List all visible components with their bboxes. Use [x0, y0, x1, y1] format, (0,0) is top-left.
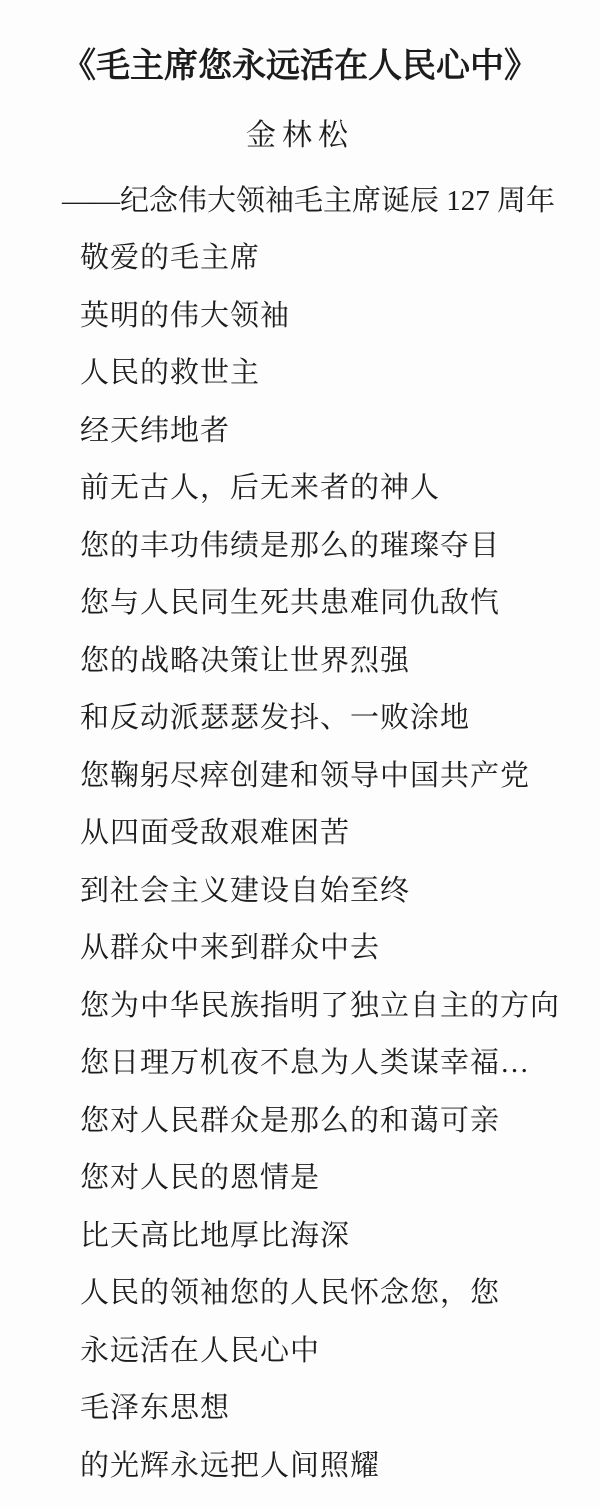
poem-dedication: ——纪念伟大领袖毛主席诞辰 127 周年 — [0, 182, 600, 220]
poem-line: 您的丰功伟绩是那么的璀璨夺目 — [80, 518, 600, 576]
poem-line: 到社会主义建设自始至终 — [80, 863, 600, 921]
poem-line: 您日理万机夜不息为人类谋幸福… — [80, 1035, 600, 1093]
poem-document: 《毛主席您永远活在人民心中》 金林松 ——纪念伟大领袖毛主席诞辰 127 周年 … — [0, 0, 600, 1507]
poem-line: 您鞠躬尽瘁创建和领导中国共产党 — [80, 748, 600, 806]
poem-line: 您对人民群众是那么的和蔼可亲 — [80, 1093, 600, 1151]
poem-line: 您与人民同生死共患难同仇敌忾 — [80, 575, 600, 633]
poem-line: 您对人民的恩情是 — [80, 1150, 600, 1208]
page-background: { "colors": { "background": "#fdfdfd", "… — [0, 0, 600, 1507]
poem-line: 人民的领袖您的人民怀念您，您 — [80, 1265, 600, 1323]
poem-line: 毛泽东思想 — [80, 1380, 600, 1438]
poem-author: 金林松 — [0, 118, 600, 154]
poem-line: 的光辉永远把人间照耀 — [80, 1438, 600, 1496]
poem-title: 《毛主席您永远活在人民心中》 — [0, 46, 600, 88]
poem-line: 永远活在人民心中 — [80, 1323, 600, 1381]
poem-line: 和反动派瑟瑟发抖、一败涂地 — [80, 690, 600, 748]
poem-line: 前无古人，后无来者的神人 — [80, 460, 600, 518]
poem-line: 人民的救世主 — [80, 345, 600, 403]
poem-body: 敬爱的毛主席英明的伟大领袖人民的救世主经天纬地者前无古人，后无来者的神人您的丰功… — [0, 230, 600, 1495]
poem-line: 敬爱的毛主席 — [80, 230, 600, 288]
poem-line: 从群众中来到群众中去 — [80, 920, 600, 978]
poem-line: 您为中华民族指明了独立自主的方向 — [80, 978, 600, 1036]
poem-line: 从四面受敌艰难困苦 — [80, 805, 600, 863]
poem-line: 您的战略决策让世界烈强 — [80, 633, 600, 691]
poem-line: 英明的伟大领袖 — [80, 288, 600, 346]
poem-line: 比天高比地厚比海深 — [80, 1208, 600, 1266]
poem-line: 经天纬地者 — [80, 403, 600, 461]
